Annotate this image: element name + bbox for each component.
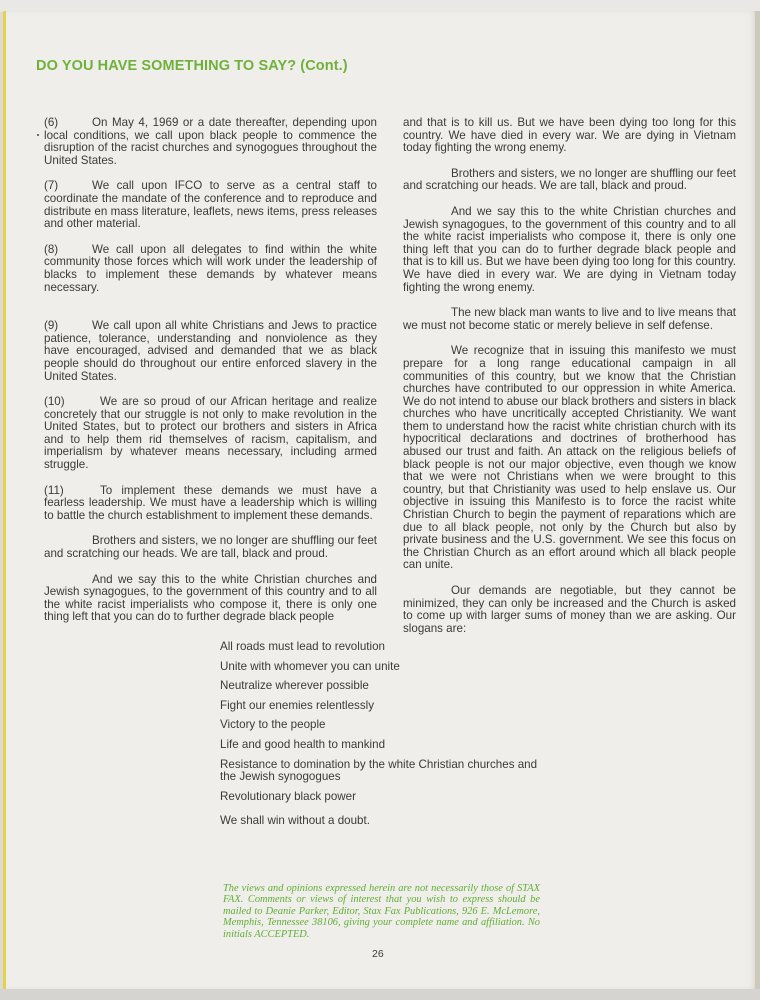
demand-item: (7)We call upon IFCO to serve as a centr… [44, 180, 377, 230]
slogans-list: All roads must lead to revolution Unite … [220, 641, 550, 835]
slogan: Neutralize wherever possible [220, 680, 550, 693]
body-paragraph: and that is to kill us. But we have been… [403, 117, 736, 155]
slogan: Unite with whomever you can unite [220, 661, 550, 674]
page-title: DO YOU HAVE SOMETHING TO SAY? (Cont.) [36, 58, 348, 74]
body-paragraph: Brothers and sisters, we no longer are s… [403, 168, 736, 193]
body-paragraph: Our demands are negotiable, but they can… [403, 585, 736, 635]
demand-item: (8)We call upon all delegates to find wi… [44, 244, 377, 294]
slogan: Victory to the people [220, 719, 550, 732]
right-column: and that is to kill us. But we have been… [403, 117, 736, 648]
body-paragraph: Brothers and sisters, we no longer are s… [44, 535, 377, 560]
body-paragraph: The new black man wants to live and to l… [403, 307, 736, 332]
slogan: Resistance to domination by the white Ch… [220, 759, 550, 784]
demand-text: We call upon IFCO to serve as a central … [44, 179, 377, 230]
left-column: (6)On May 4, 1969 or a date thereafter, … [44, 117, 377, 637]
page-number: 26 [372, 948, 384, 960]
slogan: Life and good health to mankind [220, 739, 550, 752]
stray-mark [37, 134, 39, 136]
body-paragraph: And we say this to the white Christian c… [403, 206, 736, 294]
slogan: Fight our enemies relentlessly [220, 700, 550, 713]
demand-item: (9)We call upon all white Christians and… [44, 320, 377, 383]
demand-text: On May 4, 1969 or a date thereafter, dep… [44, 116, 377, 167]
page-spine-edge [755, 11, 760, 989]
body-paragraph: And we say this to the white Christian c… [44, 574, 377, 624]
demand-item: (11)To implement these demands we must h… [44, 485, 377, 523]
demand-item: (6)On May 4, 1969 or a date thereafter, … [44, 117, 377, 167]
demand-text: We call upon all delegates to find withi… [44, 243, 377, 294]
slogan: Revolutionary black power [220, 791, 550, 804]
body-paragraph: We recognize that in issuing this manife… [403, 345, 736, 572]
editorial-disclaimer: The views and opinions expressed herein … [223, 883, 540, 940]
demand-text: We call upon all white Christians and Je… [44, 319, 377, 382]
slogan: All roads must lead to revolution [220, 641, 550, 654]
demand-item: (10)We are so proud of our African herit… [44, 396, 377, 472]
scan-background-bottom [0, 989, 760, 1000]
slogan: We shall win without a doubt. [220, 815, 550, 828]
